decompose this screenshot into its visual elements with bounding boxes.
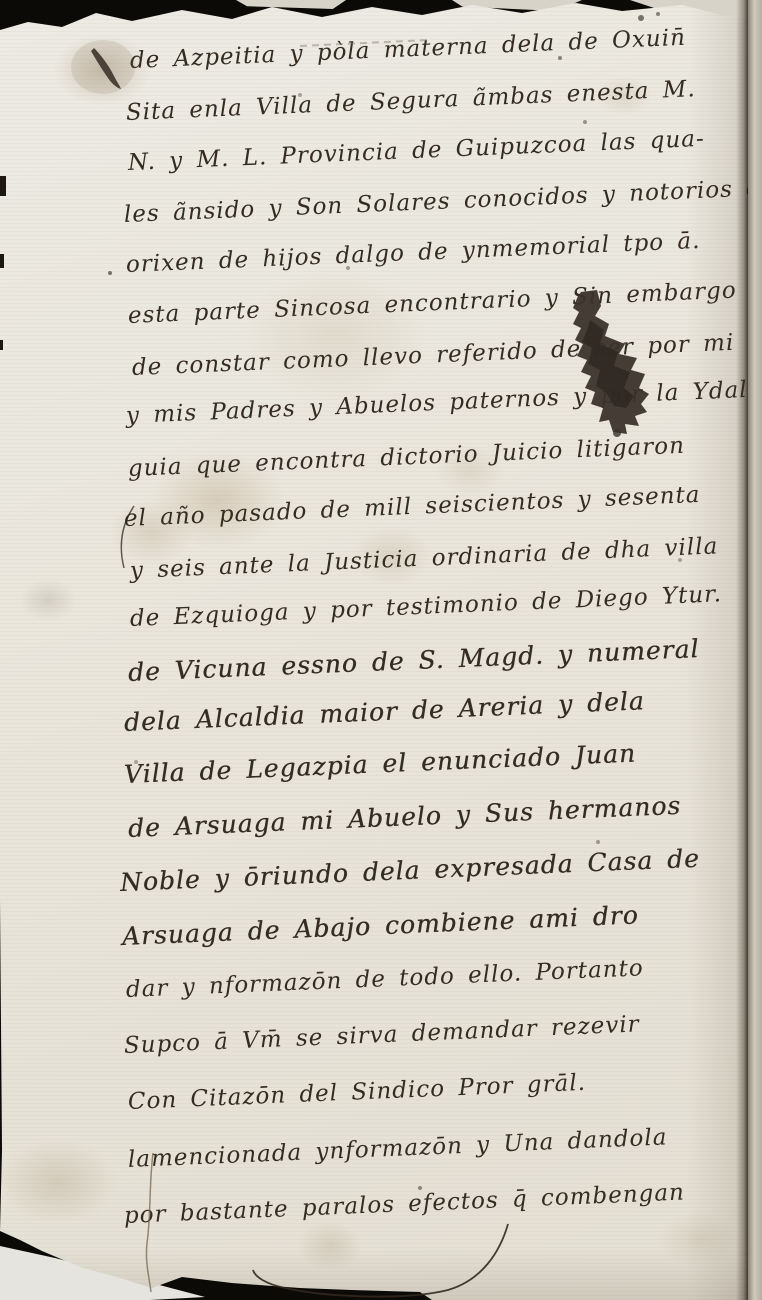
page-edge-margin xyxy=(748,0,762,1300)
torn-sliver xyxy=(236,0,346,9)
page-edge-shadow xyxy=(736,0,748,1300)
manuscript-scan: de Azpeitia y pòla materna dela de Oxuin… xyxy=(0,0,762,1300)
